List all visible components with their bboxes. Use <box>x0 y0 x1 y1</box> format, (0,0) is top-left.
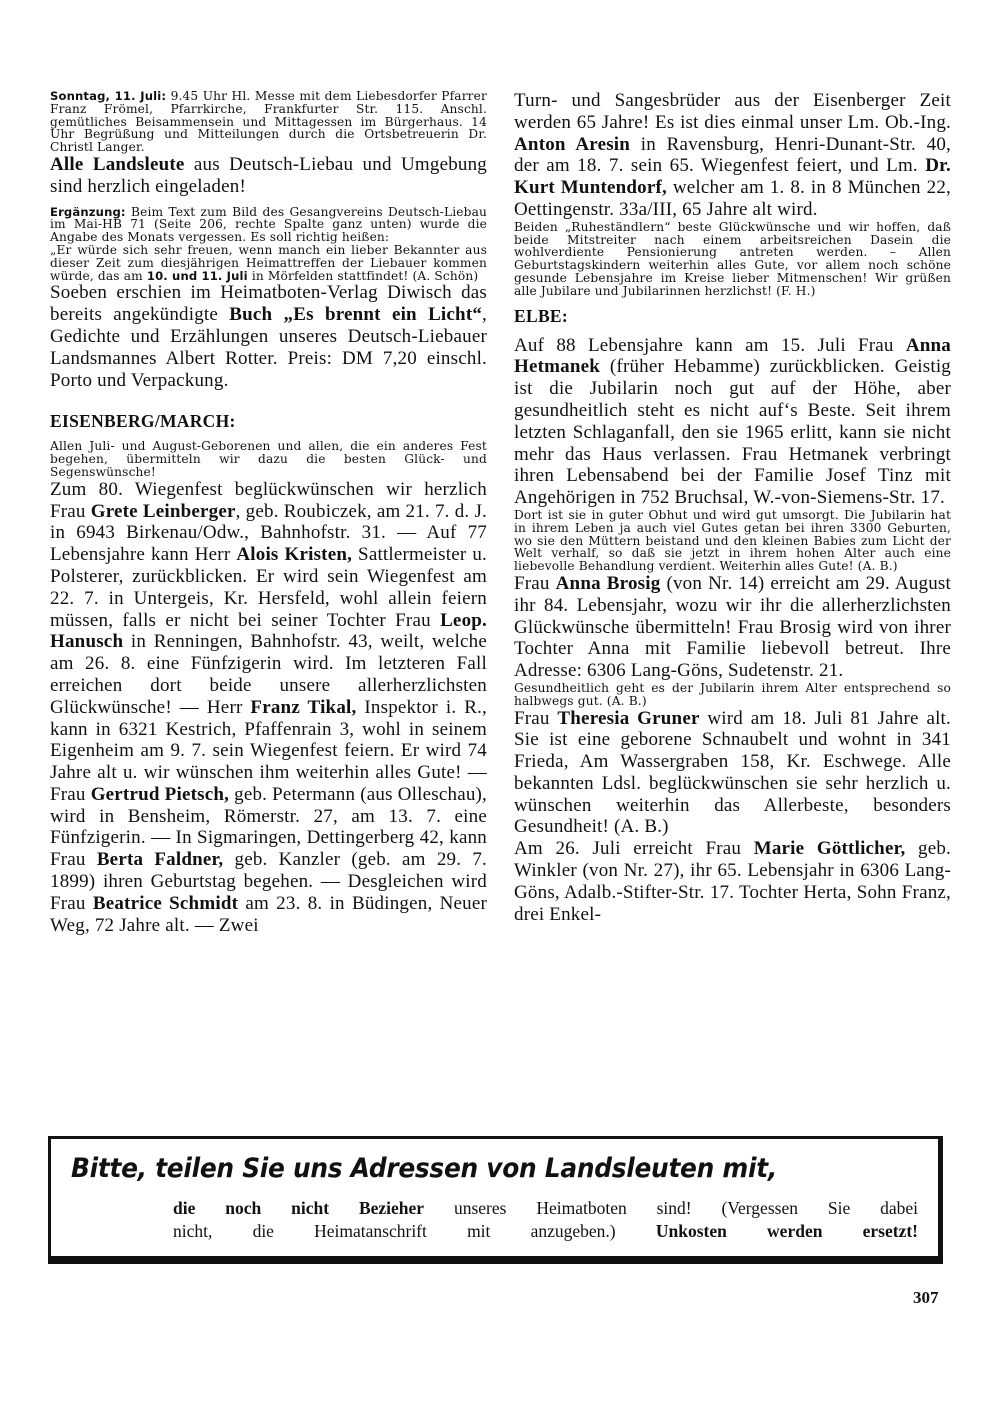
section-heading-eisenberg: EISENBERG/MARCH: <box>50 411 487 432</box>
banner-text: die noch nicht Bezieher unseres Heimatbo… <box>173 1197 918 1243</box>
hetmanek-entry: Auf 88 Lebensjahre kann am 15. Juli Frau… <box>514 335 951 509</box>
erganzung-note: Ergänzung: Beim Text zum Bild des Gesang… <box>50 206 487 244</box>
left-column: Sonntag, 11. Juli: 9.45 Uhr Hl. Messe mi… <box>50 90 487 936</box>
sunday-program: Sonntag, 11. Juli: 9.45 Uhr Hl. Messe mi… <box>50 90 487 154</box>
hetmanek-note: Dort ist sie in guter Obhut und wird gut… <box>514 509 951 573</box>
section-heading-elbe: ELBE: <box>514 306 951 327</box>
erganzung-quote: „Er würde sich sehr freuen, wenn manch e… <box>50 244 487 282</box>
right-column: Turn- und Sangesbrüder aus der Eisenberg… <box>514 90 951 925</box>
page-number: 307 <box>913 1288 939 1308</box>
gruner-entry: Frau Theresia Gruner wird am 18. Juli 81… <box>514 708 951 839</box>
eisenberg-intro: Allen Juli- und August-Geborenen und all… <box>50 440 487 478</box>
gottlicher-entry: Am 26. Juli erreicht Frau Marie Göttlich… <box>514 838 951 925</box>
eisenberg-continued: Turn- und Sangesbrüder aus der Eisenberg… <box>514 90 951 221</box>
brosig-note: Gesundheitlich geht es der Jubilarin ihr… <box>514 682 951 708</box>
eisenberg-closing: Beiden „Ruheständlern“ beste Glückwünsch… <box>514 221 951 298</box>
banner-title: Bitte, teilen Sie uns Adressen von Lands… <box>71 1153 777 1184</box>
banner-line-1: die noch nicht Bezieher unseres Heimatbo… <box>173 1197 918 1220</box>
eisenberg-birthdays: Zum 80. Wiegenfest beglückwünschen wir h… <box>50 479 487 937</box>
address-request-banner: Bitte, teilen Sie uns Adressen von Lands… <box>48 1136 943 1264</box>
banner-line-2: nicht, die Heimatanschrift mit anzugeben… <box>173 1220 918 1243</box>
invitation: Alle Landsleute aus Deutsch-Liebau und U… <box>50 154 487 198</box>
book-announcement: Soeben erschien im Heimatboten-Verlag Di… <box>50 282 487 391</box>
brosig-entry: Frau Anna Brosig (von Nr. 14) erreicht a… <box>514 573 951 682</box>
